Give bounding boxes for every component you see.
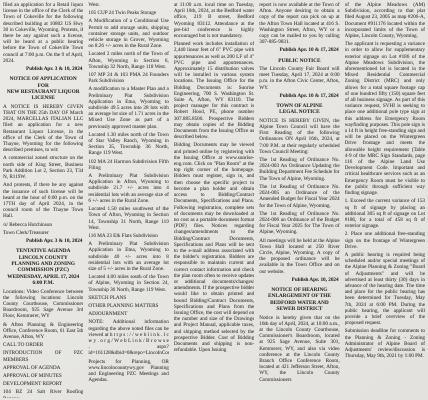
notice-paragraph: Submission deadline for comments to the …: [345, 328, 425, 359]
notice-paragraph: West.: [88, 2, 168, 8]
notice-paragraph: All meetings will be held at the Alpine …: [259, 238, 339, 275]
notice-paragraph: 104 BZ 24 Salt River Roofing Rezone:: [3, 389, 83, 398]
notice-paragraph: 2. Place one additional free-standing si…: [345, 231, 425, 250]
notice-paragraph: APPROVAL OF AGENDA: [3, 365, 83, 371]
notice-paragraph: Planned work includes installation of 2,…: [174, 41, 254, 140]
newspaper-column-2: West.105 CUP 24 Twin Peaks StorageA Modi…: [88, 2, 168, 398]
notice-paragraph: APPROVAL OF MINUTES: [3, 373, 83, 379]
publish-line: Publish Apr. 10 & 17, 2024: [259, 47, 338, 53]
notice-paragraph: of the Alpine Meadows (AM) Subdivision, …: [345, 2, 425, 39]
notice-heading: TOWN OF ALPINE LEGAL NOTICE: [261, 103, 337, 116]
newspaper-column-3: at 11:00 a.m. local time on Tuesday, Apr…: [174, 2, 254, 398]
newspaper-column-5: of the Alpine Meadows (AM) Subdivision, …: [345, 2, 425, 398]
notice-paragraph: A NOTICE IS HEREBY GIVEN THAT ON THE 25t…: [3, 104, 83, 154]
publish-line: Publish Apr. 10, 2024: [259, 277, 338, 283]
notice-paragraph: SKETCH PLANS: [88, 295, 168, 301]
publish-line: Publish Apr. 3 & 10, 2024: [3, 238, 82, 244]
notice-paragraph: 1. Exceed the current variance of 153 sq…: [345, 198, 425, 229]
notice-paragraph: The applicant is requesting a variance i…: [345, 41, 425, 196]
notice-paragraph: Locations: Video Conference between the …: [3, 289, 83, 320]
notice-paragraph: Located 1.50 miles southwest of the Town…: [88, 206, 168, 231]
notice-paragraph: A public hearing is required being sched…: [345, 252, 425, 326]
notice-paragraph: The 1st Reading of Ordinance No. 2024-00…: [259, 157, 339, 182]
notice-paragraph: Located 4.00 miles south of the Town of …: [88, 274, 168, 293]
notice-paragraph: The 1st Reading of Ordinance No. 2024-00…: [259, 211, 339, 236]
notice-paragraph: OTHER PLANNING MATTERS: [88, 303, 168, 309]
notice-paragraph: Projects for Planning, OR www.lincolncou…: [88, 359, 168, 384]
notice-paragraph: 116 MA 23 Elk Flats Subdivision: [88, 233, 168, 239]
notice-paragraph: INTRODUCTION OF PZC MEMBERS: [3, 350, 83, 362]
notice-paragraph: The 1st Reading of Ordinance No. 2024-00…: [259, 184, 339, 209]
notice-paragraph: A modification to a Master Plan and a Pr…: [88, 86, 168, 129]
legal-notices-page: filed an application for a Retail liquor…: [0, 0, 428, 400]
notice-paragraph: 105 CUP 24 Twin Peaks Storage: [88, 10, 168, 16]
notice-paragraph: A Preliminary Plat Subdivision Applicati…: [88, 241, 168, 272]
notice-paragraph: Located 1.30 miles north of the Town of …: [88, 132, 168, 157]
notice-paragraph: A Preliminary Plat Subdivision Applicati…: [88, 173, 168, 204]
notice-paragraph: NOTICE IS HEREBY GIVEN, the Alpine Town …: [259, 118, 339, 155]
notice-paragraph: report is now available at the Town of A…: [259, 2, 339, 45]
notice-heading: TENTATIVE AGENDA LINCOLN COUNTY PLANNING…: [5, 248, 81, 286]
notice-paragraph: CALL TO ORDER: [3, 342, 83, 348]
notice-paragraph: & Afton Planning & Engineering Office, C…: [3, 322, 83, 341]
notice-paragraph: Bidding Documents may be viewed and prin…: [174, 142, 254, 353]
newspaper-column-4: report is now available at the Town of A…: [259, 2, 339, 398]
notice-paragraph: A Modification of a Conditional Use Perm…: [88, 18, 168, 49]
notice-paragraph: DEVELOPMENT REPORT: [3, 381, 83, 387]
notice-paragraph: Notice is hereby given that on the 16th …: [259, 315, 339, 383]
notice-paragraph: at 11:00 a.m. local time on Tuesday, Apr…: [174, 2, 254, 39]
notice-paragraph: /s/ Rebecca Hutchinson: [3, 222, 83, 228]
notice-paragraph: Town Clerk/Treasurer: [3, 230, 83, 236]
notice-paragraph: And protests, if there be any against th…: [3, 182, 83, 219]
newspaper-column-1: filed an application for a Retail liquor…: [3, 2, 83, 398]
publish-line: Publish Apr. 10 & 17, 2024: [259, 93, 338, 99]
notice-paragraph: Located 2 miles north of the Town of Aft…: [88, 51, 168, 70]
notice-paragraph: 102 MA 24 Harmon Subdivision Fifth Filin…: [88, 159, 168, 171]
notice-heading: NOTICE OF APPLICATION FOR NEW RESTAURANT…: [5, 76, 81, 102]
notice-paragraph: ADJOURNMENT: [88, 311, 168, 317]
notice-paragraph: The Lincoln County Fair Board will meet …: [259, 66, 339, 91]
notice-paragraph: 107 MP 24 & 103 PMA 24 Founders Park Sub…: [88, 72, 168, 84]
notice-paragraph: filed an application for a Retail liquor…: [3, 2, 83, 64]
notice-paragraph: A commercial zoned structure on the nort…: [3, 155, 83, 180]
notice-paragraph: NOTE: Additional information regarding t…: [88, 319, 168, 356]
notice-heading: NOTICE OF HEARING ENLARGEMENT OF THE BED…: [261, 287, 337, 313]
publish-line: Publish Apr. 3 & 10, 2024: [3, 66, 82, 72]
notice-heading: PUBLIC NOTICE: [261, 58, 337, 64]
